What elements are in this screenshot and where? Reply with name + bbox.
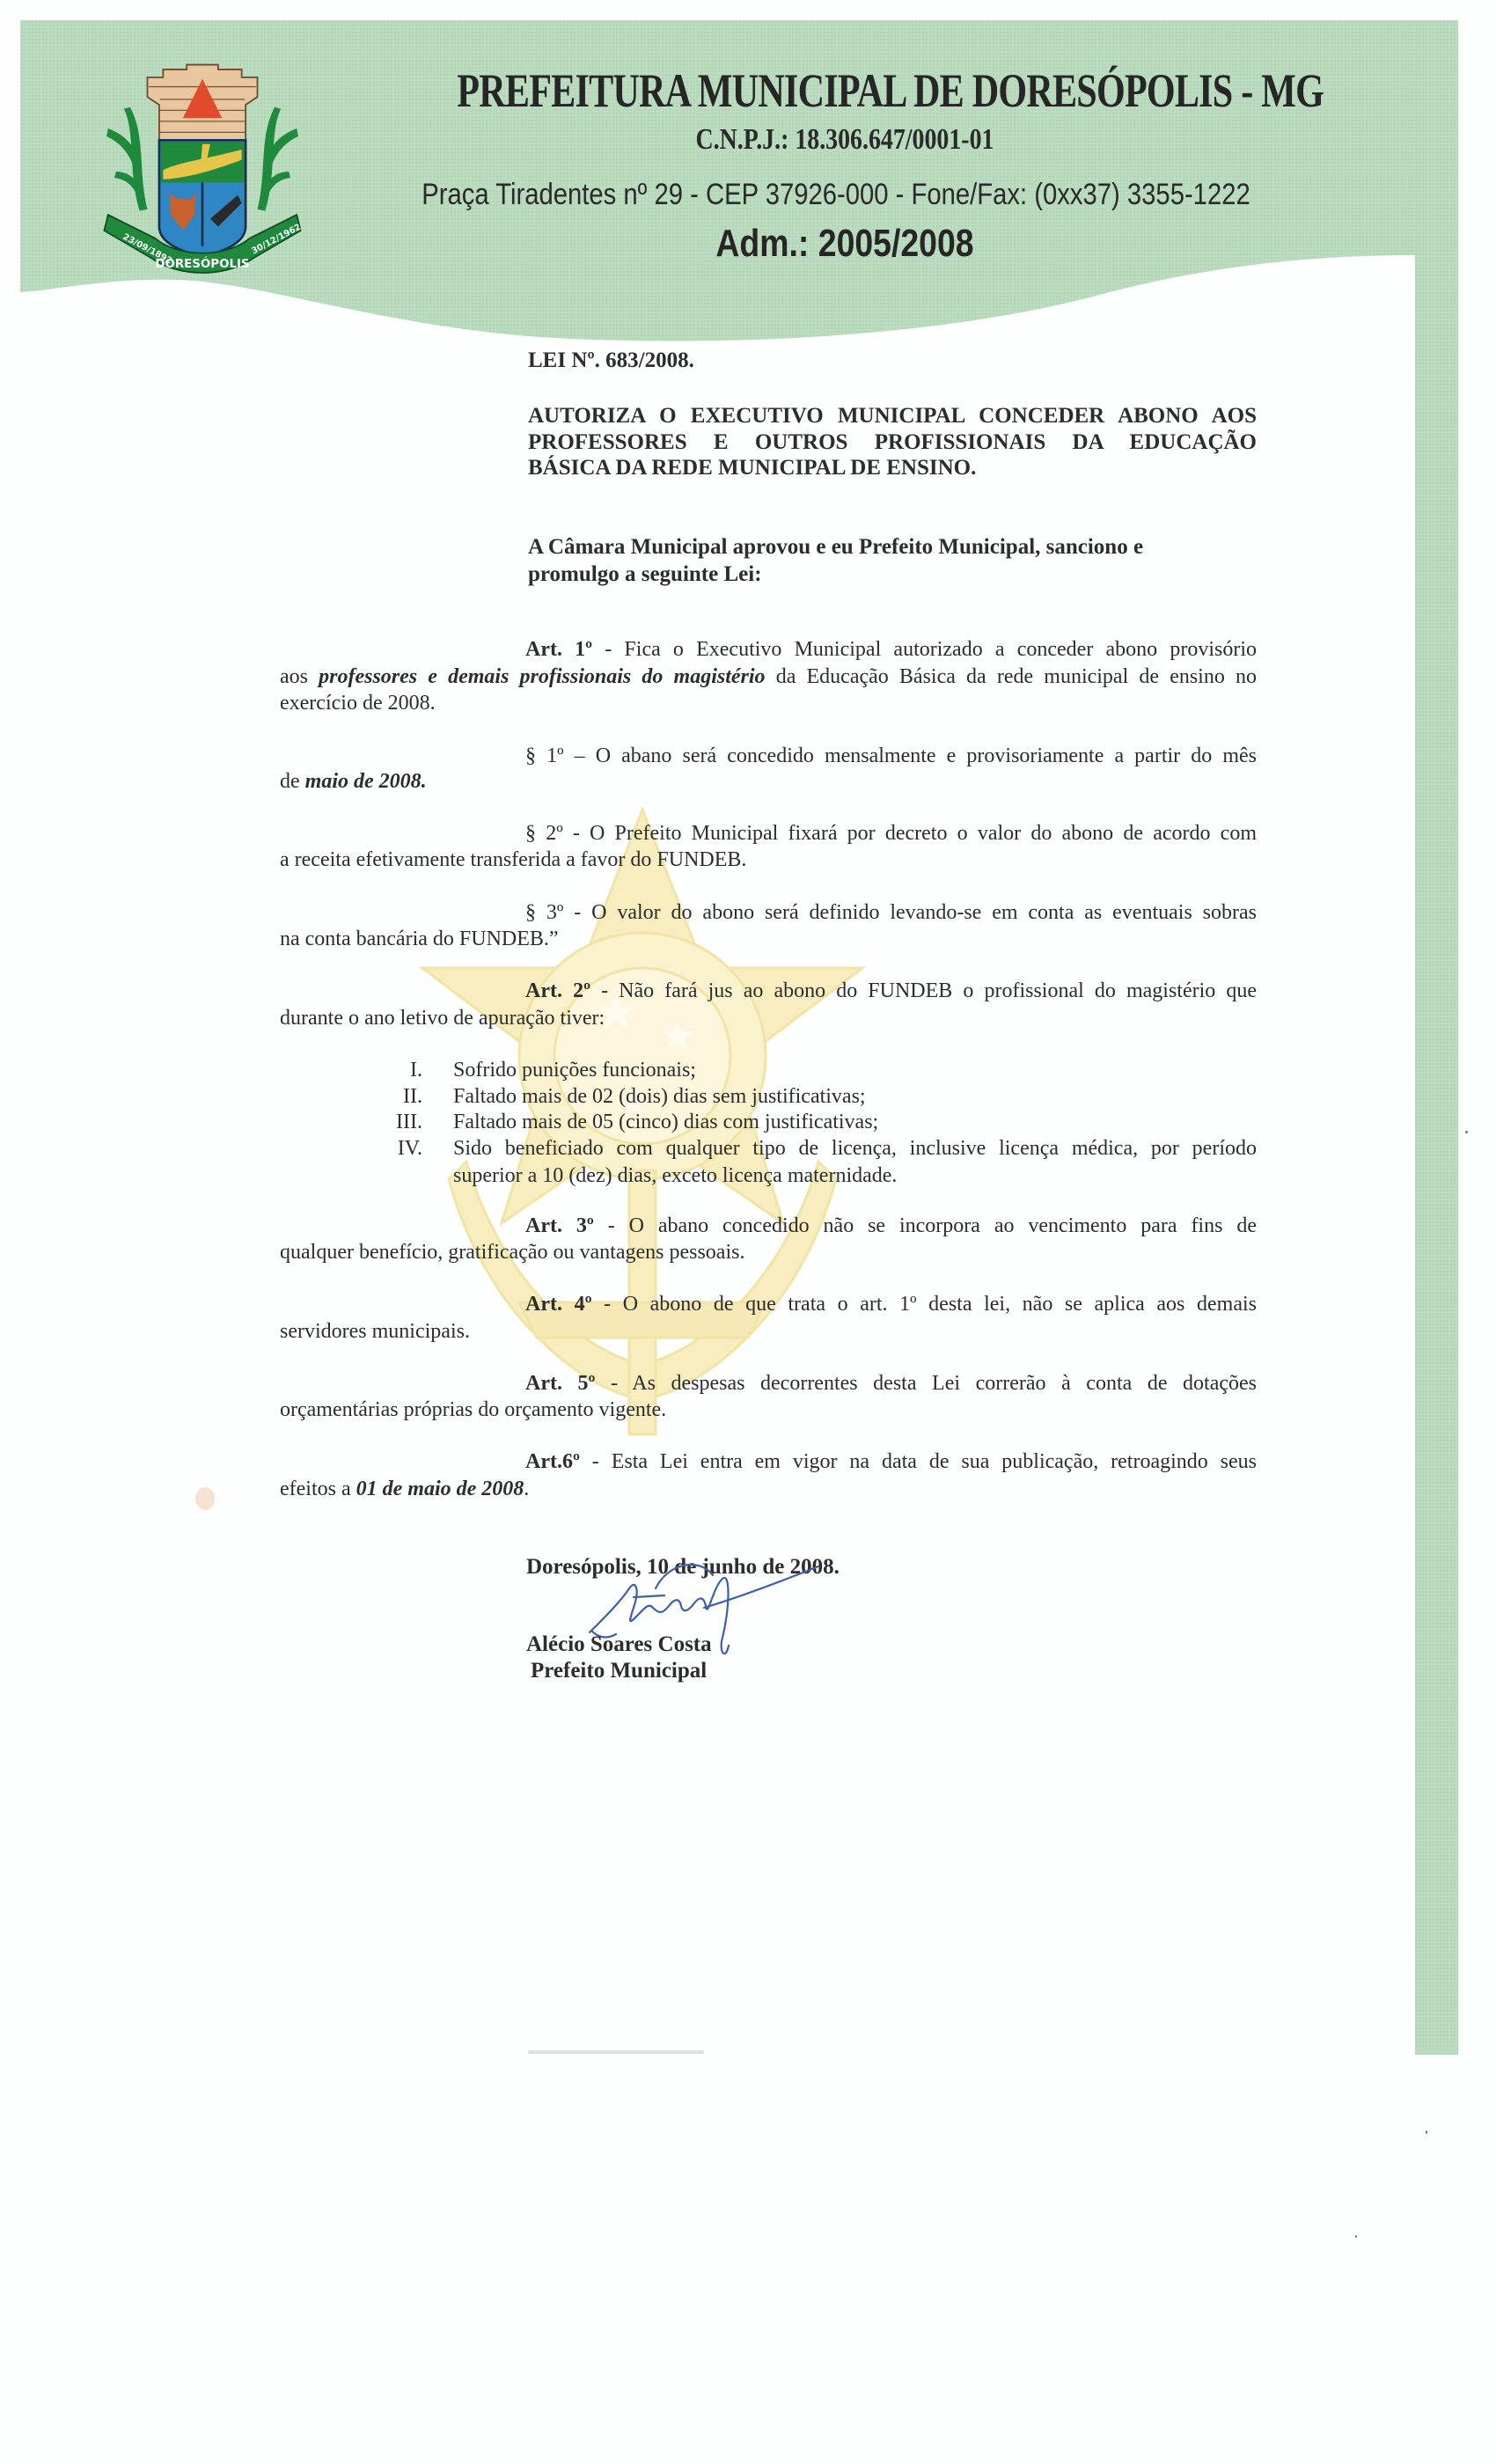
list-item: Faltado mais de 05 (cinco) dias com just… [453, 1110, 878, 1134]
ementa-line: AUTORIZA O EXECUTIVO MUNICIPAL CONCEDER … [528, 403, 1257, 429]
list-item: Sofrido punições funcionais; [453, 1058, 696, 1082]
scan-speck [1465, 1131, 1468, 1133]
signer-name: Alécio Soares Costa [526, 1632, 712, 1657]
list-item: Faltado mais de 02 (dois) dias sem justi… [453, 1084, 866, 1109]
scan-smudge [528, 2050, 704, 2054]
article-label: Art.6º [525, 1450, 580, 1473]
list-number: I. [370, 1058, 422, 1082]
signer-role: Prefeito Municipal [531, 1659, 707, 1683]
wall-crown [148, 65, 258, 141]
letterhead-address: Praça Tiradentes nº 29 - CEP 37926-000 -… [405, 178, 1267, 212]
list-item: Sido beneficiado com qualquer tipo de li… [453, 1136, 1257, 1161]
article-text: exercício de 2008. [280, 691, 436, 715]
scan-speck [1426, 2130, 1427, 2134]
emphasis-text: maio de 2008. [305, 770, 427, 793]
letterhead-title: PREFEITURA MUNICIPAL DE DORESÓPOLIS - MG [457, 63, 1232, 118]
article-text: da Educação Básica da rede municipal de … [766, 665, 1257, 688]
letterhead-cnpj: C.N.P.J.: 18.306.647/0001-01 [437, 123, 1253, 157]
letterhead-administration: Adm.: 2005/2008 [576, 222, 1114, 266]
article-label: Art. 1º [525, 638, 592, 661]
law-number: LEI Nº. 683/2008. [528, 348, 694, 373]
article-text: - Fica o Executivo Municipal autorizado … [592, 638, 1257, 661]
list-number: II. [370, 1084, 422, 1109]
red-stain-mark [195, 1487, 215, 1510]
list-number: III. [370, 1110, 422, 1134]
article-label: Art. 4º [525, 1293, 592, 1316]
scan-speck [1355, 2235, 1357, 2238]
article-label: Art. 3º [525, 1214, 594, 1237]
article-text: aos [280, 665, 319, 688]
ementa-line: BÁSICA DA REDE MUNICIPAL DE ENSINO. [528, 455, 1257, 481]
article-label: Art. 5º [525, 1372, 595, 1395]
emphasis-text: professores e demais profissionais do ma… [319, 665, 765, 688]
preamble-line: A Câmara Municipal aprovou e eu Prefeito… [528, 533, 1197, 561]
emphasis-text: 01 de maio de 2008 [356, 1478, 524, 1500]
ementa-line: PROFESSORES E OUTROS PROFISSIONAIS DA ED… [528, 429, 1257, 456]
list-number: IV. [370, 1136, 422, 1161]
law-preamble: A Câmara Municipal aprovou e eu Prefeito… [528, 533, 1197, 588]
article-label: Art. 2º [525, 979, 590, 1002]
preamble-line: promulgo a seguinte Lei: [528, 561, 1197, 588]
svg-text:DORESÓPOLIS: DORESÓPOLIS [155, 255, 249, 271]
list-item-continuation: superior a 10 (dez) dias, exceto licença… [453, 1163, 897, 1188]
law-ementa: AUTORIZA O EXECUTIVO MUNICIPAL CONCEDER … [528, 403, 1257, 481]
municipal-crest-icon: 23/09/1892 30/12/1962 DORESÓPOLIS [92, 62, 312, 282]
